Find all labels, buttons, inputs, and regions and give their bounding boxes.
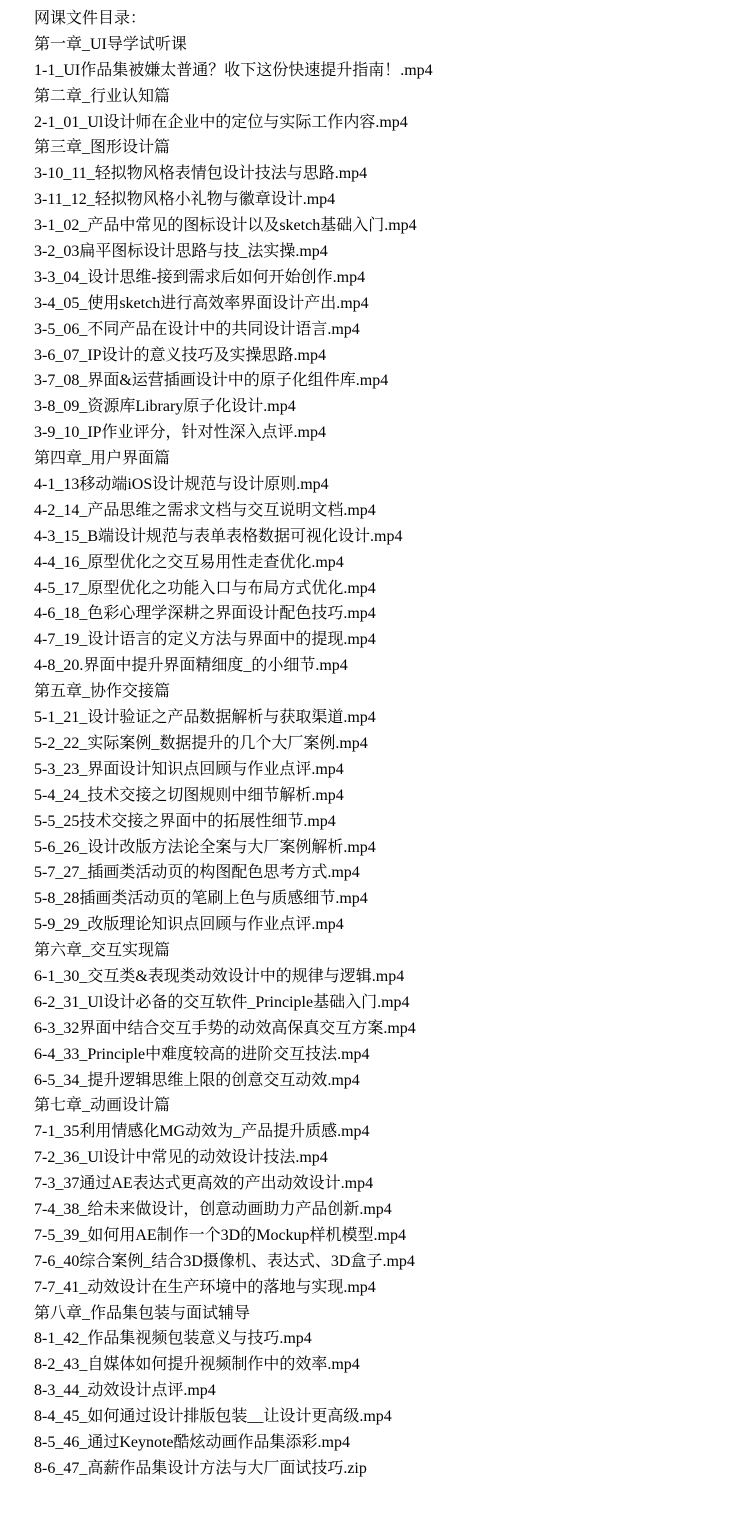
file-item: 5-8_28插画类活动页的笔刷上色与质感细节.mp4 [34, 886, 734, 912]
file-item: 4-1_13移动端iOS设计规范与设计原则.mp4 [34, 472, 734, 498]
file-item: 7-7_41_动效设计在生产环境中的落地与实现.mp4 [34, 1275, 734, 1301]
file-item: 8-1_42_作品集视频包装意义与技巧.mp4 [34, 1326, 734, 1352]
chapter-title: 第八章_作品集包装与面试辅导 [34, 1301, 734, 1327]
file-item: 3-10_11_轻拟物风格表情包设计技法与思路.mp4 [34, 161, 734, 187]
file-item: 3-3_04_设计思维-接到需求后如何开始创作.mp4 [34, 265, 734, 291]
file-item: 3-9_10_IP作业评分，针对性深入点评.mp4 [34, 420, 734, 446]
file-item: 1-1_UI作品集被嫌太普通？收下这份快速提升指南！.mp4 [34, 58, 734, 84]
document-title: 网课文件目录： [34, 6, 734, 32]
file-item: 5-6_26_设计改版方法论全案与大厂案例解析.mp4 [34, 835, 734, 861]
file-item: 7-6_40综合案例_结合3D摄像机、表达式、3D盒子.mp4 [34, 1249, 734, 1275]
file-item: 3-11_12_轻拟物风格小礼物与徽章设计.mp4 [34, 187, 734, 213]
file-item: 4-8_20.界面中提升界面精细度_的小细节.mp4 [34, 653, 734, 679]
chapter-title: 第六章_交互实现篇 [34, 938, 734, 964]
file-item: 3-8_09_资源库Library原子化设计.mp4 [34, 394, 734, 420]
file-item: 4-6_18_色彩心理学深耕之界面设计配色技巧.mp4 [34, 601, 734, 627]
file-item: 4-5_17_原型优化之功能入口与布局方式优化.mp4 [34, 576, 734, 602]
file-item: 3-2_03扁平图标设计思路与技_法实操.mp4 [34, 239, 734, 265]
file-item: 2-1_01_Ul设计师在企业中的定位与实际工作内容.mp4 [34, 110, 734, 136]
file-item: 7-1_35利用情感化MG动效为_产品提升质感.mp4 [34, 1119, 734, 1145]
file-item: 3-5_06_不同产品在设计中的共同设计语言.mp4 [34, 317, 734, 343]
file-item: 4-7_19_设计语言的定义方法与界面中的提现.mp4 [34, 627, 734, 653]
file-item: 7-2_36_Ul设计中常见的动效设计技法.mp4 [34, 1145, 734, 1171]
file-item: 5-3_23_界面设计知识点回顾与作业点评.mp4 [34, 757, 734, 783]
file-item: 3-7_08_界面&运营插画设计中的原子化组件库.mp4 [34, 368, 734, 394]
file-item: 6-5_34_提升逻辑思维上限的创意交互动效.mp4 [34, 1068, 734, 1094]
file-item: 4-3_15_B端设计规范与表单表格数据可视化设计.mp4 [34, 524, 734, 550]
course-list: 第一章_UI导学试听课1-1_UI作品集被嫌太普通？收下这份快速提升指南！.mp… [34, 32, 734, 1482]
file-item: 6-1_30_交互类&表现类动效设计中的规律与逻辑.mp4 [34, 964, 734, 990]
file-item: 5-9_29_改版理论知识点回顾与作业点评.mp4 [34, 912, 734, 938]
chapter-title: 第二章_行业认知篇 [34, 84, 734, 110]
file-item: 5-2_22_实际案例_数据提升的几个大厂案例.mp4 [34, 731, 734, 757]
file-item: 5-7_27_插画类活动页的构图配色思考方式.mp4 [34, 860, 734, 886]
file-item: 3-6_07_IP设计的意义技巧及实操思路.mp4 [34, 343, 734, 369]
file-item: 4-4_16_原型优化之交互易用性走查优化.mp4 [34, 550, 734, 576]
chapter-title: 第七章_动画设计篇 [34, 1093, 734, 1119]
file-item: 6-2_31_Ul设计必备的交互软件_Principle基础入门.mp4 [34, 990, 734, 1016]
file-item: 4-2_14_产品思维之需求文档与交互说明文档.mp4 [34, 498, 734, 524]
file-item: 8-4_45_如何通过设计排版包装__让设计更高级.mp4 [34, 1404, 734, 1430]
file-item: 7-4_38_给未来做设计，创意动画助力产品创新.mp4 [34, 1197, 734, 1223]
file-item: 3-4_05_使用sketch进行高效率界面设计产出.mp4 [34, 291, 734, 317]
chapter-title: 第三章_图形设计篇 [34, 135, 734, 161]
chapter-title: 第一章_UI导学试听课 [34, 32, 734, 58]
file-item: 8-2_43_自媒体如何提升视频制作中的效率.mp4 [34, 1352, 734, 1378]
file-item: 7-5_39_如何用AE制作一个3D的Mockup样机模型.mp4 [34, 1223, 734, 1249]
file-item: 6-4_33_Principle中难度较高的进阶交互技法.mp4 [34, 1042, 734, 1068]
file-item: 7-3_37通过AE表达式更高效的产出动效设计.mp4 [34, 1171, 734, 1197]
file-item: 8-5_46_通过Keynote酷炫动画作品集添彩.mp4 [34, 1430, 734, 1456]
file-item: 3-1_02_产品中常见的图标设计以及sketch基础入门.mp4 [34, 213, 734, 239]
course-file-directory: 网课文件目录： 第一章_UI导学试听课1-1_UI作品集被嫌太普通？收下这份快速… [0, 0, 750, 1524]
file-item: 5-1_21_设计验证之产品数据解析与获取渠道.mp4 [34, 705, 734, 731]
file-item: 5-4_24_技术交接之切图规则中细节解析.mp4 [34, 783, 734, 809]
file-item: 8-6_47_高薪作品集设计方法与大厂面试技巧.zip [34, 1456, 734, 1482]
chapter-title: 第四章_用户界面篇 [34, 446, 734, 472]
chapter-title: 第五章_协作交接篇 [34, 679, 734, 705]
file-item: 6-3_32界面中结合交互手势的动效高保真交互方案.mp4 [34, 1016, 734, 1042]
file-item: 5-5_25技术交接之界面中的拓展性细节.mp4 [34, 809, 734, 835]
file-item: 8-3_44_动效设计点评.mp4 [34, 1378, 734, 1404]
